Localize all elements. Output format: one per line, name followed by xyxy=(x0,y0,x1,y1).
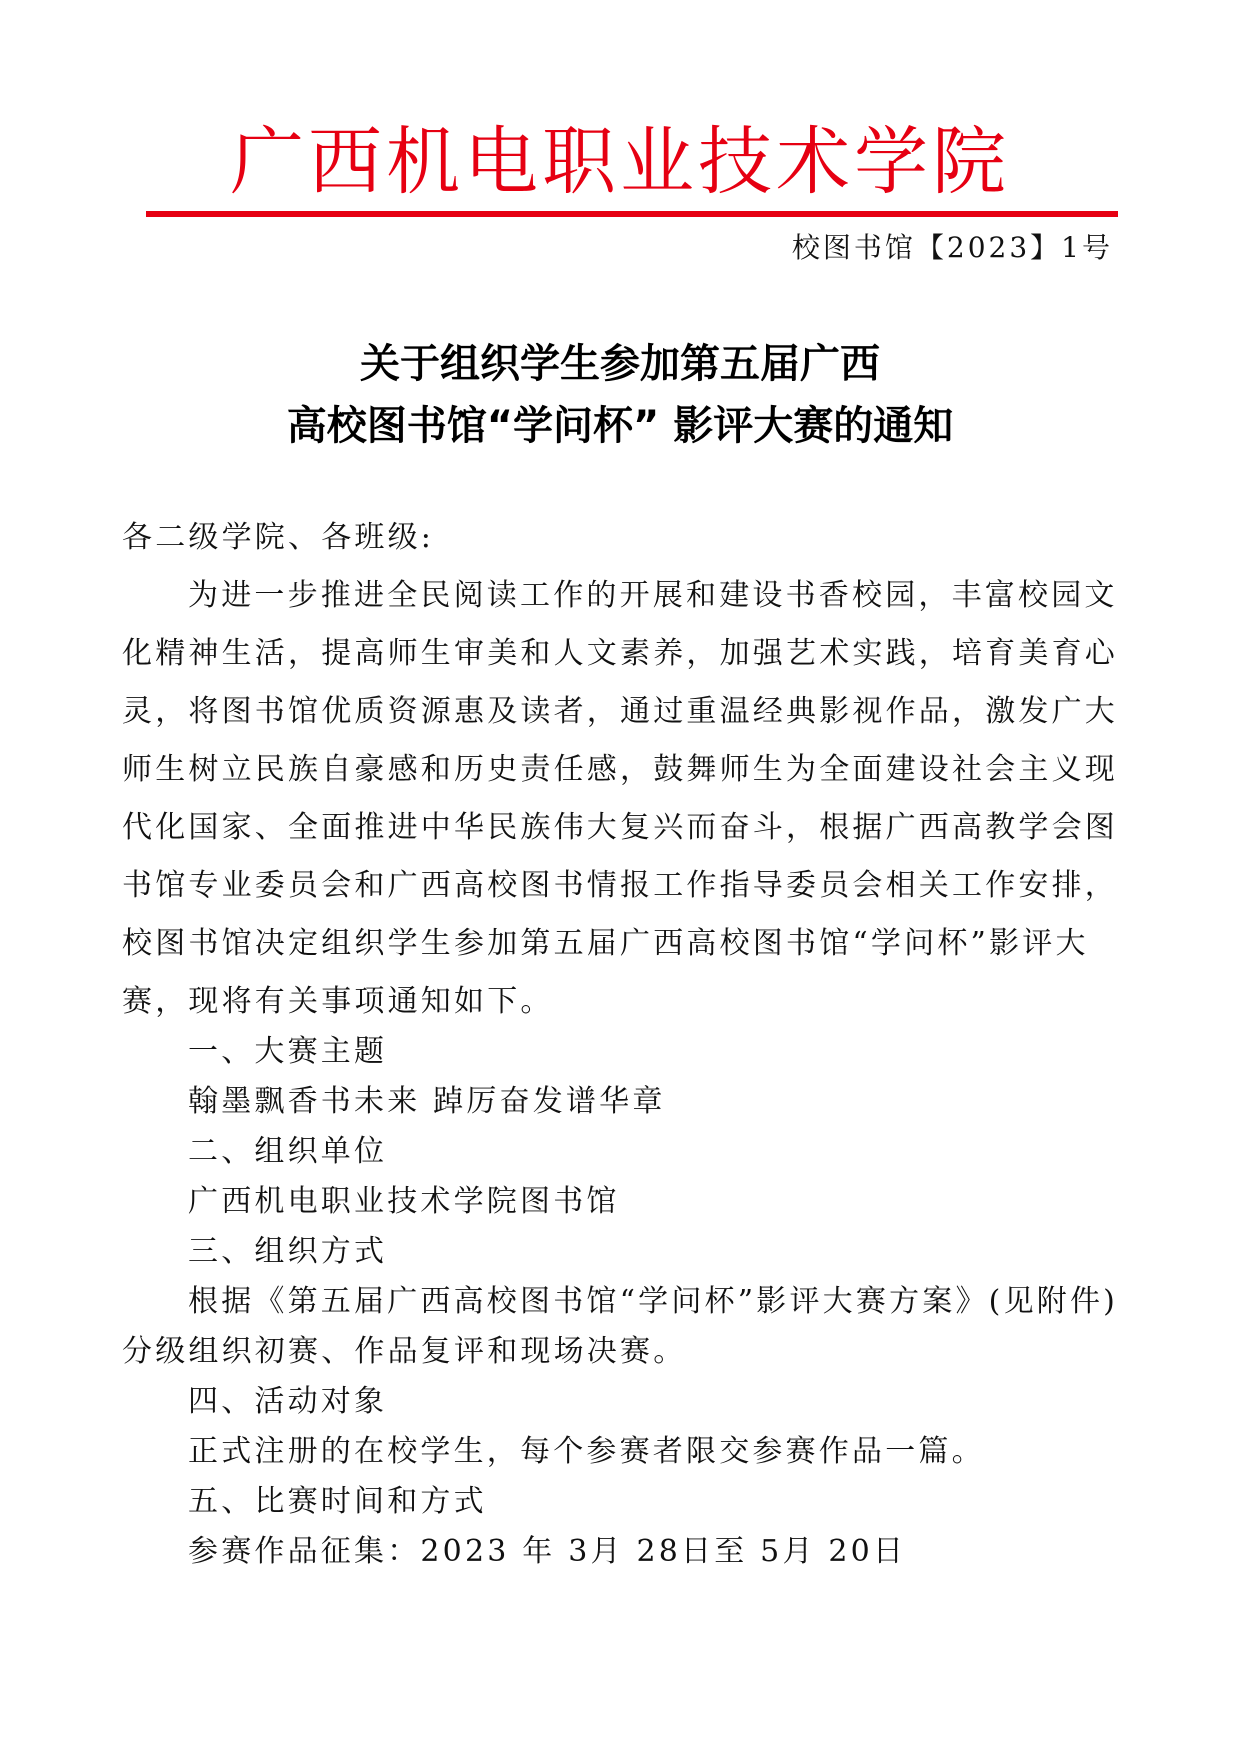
section-content-method: 分级组织初赛、作品复评和现场决赛。 xyxy=(122,1332,686,1372)
section-heading-theme: 一、大赛主题 xyxy=(188,1032,387,1072)
salutation: 各二级学院、各班级: xyxy=(122,518,434,558)
intro-line: 赛，现将有关事项通知如下。 xyxy=(122,982,554,1022)
document-page: 广西机电职业技术学院 校图书馆【2023】1号 关于组织学生参加第五届广西 高校… xyxy=(0,0,1240,1753)
intro-line: 书馆专业委员会和广西高校图书情报工作指导委员会相关工作安排， xyxy=(122,866,1118,906)
section-heading-method: 三、组织方式 xyxy=(188,1232,387,1272)
section-content-method: 根据《第五届广西高校图书馆“学问杯”影评大赛方案》(见附件) xyxy=(188,1282,1118,1322)
intro-line: 代化国家、全面推进中华民族伟大复兴而奋斗，根据广西高教学会图 xyxy=(122,808,1118,848)
notice-title-line-1: 关于组织学生参加第五届广西 xyxy=(0,336,1240,392)
intro-line: 灵，将图书馆优质资源惠及读者，通过重温经典影视作品，激发广大 xyxy=(122,692,1118,732)
intro-line: 校图书馆决定组织学生参加第五届广西高校图书馆“学问杯”影评大 xyxy=(122,924,1089,964)
section-heading-organizer: 二、组织单位 xyxy=(188,1132,387,1172)
document-number: 校图书馆【2023】1号 xyxy=(792,228,1113,268)
section-content-schedule: 参赛作品征集：2023 年 3月 28日至 5月 20日 xyxy=(188,1532,906,1572)
section-heading-participants: 四、活动对象 xyxy=(188,1382,387,1422)
masthead-org-name: 广西机电职业技术学院 xyxy=(0,118,1240,208)
intro-line: 为进一步推进全民阅读工作的开展和建设书香校园，丰富校园文 xyxy=(188,576,1118,616)
notice-title-line-2: 高校图书馆“学问杯” 影评大赛的通知 xyxy=(0,398,1240,454)
section-content-participants: 正式注册的在校学生，每个参赛者限交参赛作品一篇。 xyxy=(188,1432,985,1472)
intro-line: 化精神生活，提高师生审美和人文素养，加强艺术实践，培育美育心 xyxy=(122,634,1118,674)
intro-line: 师生树立民族自豪感和历史责任感，鼓舞师生为全面建设社会主义现 xyxy=(122,750,1118,790)
section-content-theme: 翰墨飘香书未来 踔厉奋发谱华章 xyxy=(188,1082,666,1122)
masthead-red-divider xyxy=(146,211,1118,217)
section-heading-schedule: 五、比赛时间和方式 xyxy=(188,1482,487,1522)
section-content-organizer: 广西机电职业技术学院图书馆 xyxy=(188,1182,620,1222)
